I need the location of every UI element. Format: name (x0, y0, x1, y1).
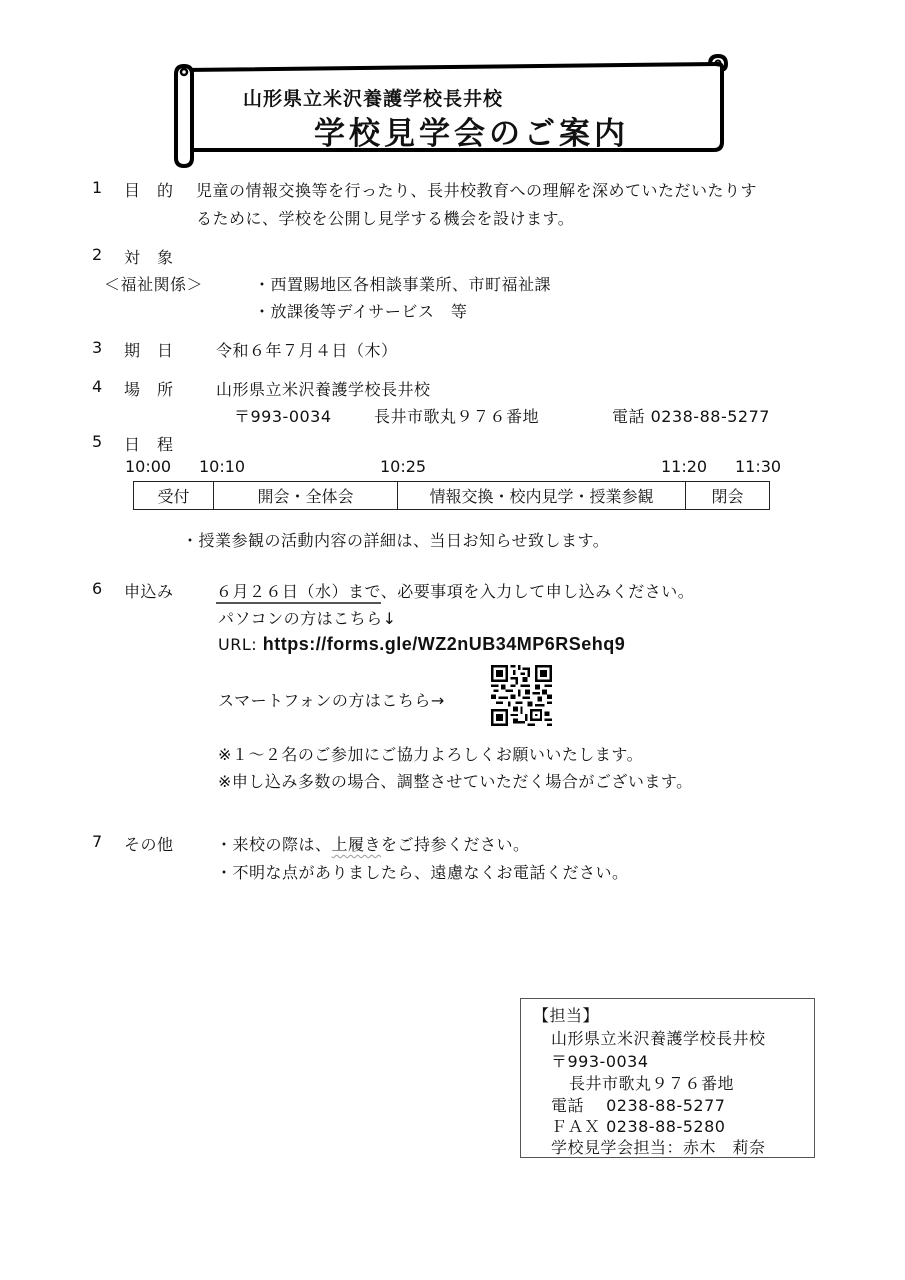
section-number-1: 1 (92, 178, 103, 197)
schedule-block-opening: 開会・全体会 (214, 482, 398, 509)
place-label: 場 所 (124, 377, 174, 400)
section-number-3: 3 (92, 338, 103, 357)
contact-school: 山形県立米沢養護学校長井校 (551, 1026, 766, 1049)
schedule-time: 11:30 (735, 457, 781, 476)
smartphone-label: スマートフォンの方はこちら→ (218, 688, 445, 711)
purpose-label: 目 的 (124, 178, 174, 201)
schedule-time: 10:25 (380, 457, 426, 476)
pc-label: パソコンの方はこちら↓ (218, 606, 397, 629)
form-url-link[interactable]: https://forms.gle/WZ2nUB34MP6RSehq9 (263, 634, 626, 654)
school-name-heading: 山形県立米沢養護学校長井校 (243, 84, 503, 111)
contact-postal: 〒993-0034 (551, 1049, 649, 1072)
section-number-7: 7 (92, 832, 103, 851)
other-label: その他 (124, 832, 174, 855)
contact-heading: 【担当】 (533, 1003, 599, 1026)
section-number-5: 5 (92, 432, 103, 451)
section-number-4: 4 (92, 377, 103, 396)
place-phone: 電話 0238-88-5277 (612, 404, 770, 427)
target-item: ・西置賜地区各相談事業所、市町福祉課 (254, 272, 551, 295)
purpose-text-line2: るために、学校を公開し見学する機会を設けます。 (196, 206, 574, 229)
apply-deadline-rest: 、必要事項を入力して申し込みください。 (381, 582, 695, 601)
contact-box: 【担当】 山形県立米沢養護学校長井校 〒993-0034 長井市歌丸９７６番地 … (520, 998, 815, 1158)
target-category: ＜福祉関係＞ (104, 272, 203, 295)
schedule-time: 10:00 (125, 457, 171, 476)
schedule-times: 10:00 10:10 10:25 11:20 11:30 (125, 457, 795, 479)
other-item-2: ・不明な点がありましたら、遠慮なくお電話ください。 (216, 860, 629, 883)
contact-address: 長井市歌丸９７６番地 (569, 1071, 734, 1094)
contact-phone: 電話 0238-88-5277 (551, 1093, 725, 1116)
schedule-label: 日 程 (124, 432, 174, 455)
page-title: 学校見学会のご案内 (314, 108, 629, 153)
schedule-time: 11:20 (661, 457, 707, 476)
other-item-1: ・来校の際は、上履きをご持参ください。 (216, 832, 530, 855)
place-address: 長井市歌丸９７６番地 (374, 404, 539, 427)
section-number-6: 6 (92, 579, 103, 598)
other-item-1-pre: ・来校の際は、 (216, 835, 332, 854)
qr-code-icon (491, 665, 552, 726)
apply-label: 申込み (124, 579, 174, 602)
event-date: 令和６年７月４日（木） (216, 338, 398, 361)
apply-note: ※申し込み多数の場合、調整させていただく場合がございます。 (218, 769, 693, 792)
date-label: 期 日 (124, 338, 174, 361)
target-label: 対 象 (124, 245, 174, 268)
schedule-table: 受付 開会・全体会 情報交換・校内見学・授業参観 閉会 (133, 481, 770, 510)
other-item-1-post: をご持参ください。 (381, 835, 530, 854)
contact-fax: ＦＡＸ 0238-88-5280 (551, 1114, 725, 1137)
schedule-block-closing: 閉会 (686, 482, 769, 509)
schedule-block-reception: 受付 (134, 482, 214, 509)
purpose-text-line1: 児童の情報交換等を行ったり、長井校教育への理解を深めていただいたりす (196, 178, 757, 201)
schedule-time: 10:10 (199, 457, 245, 476)
indoor-shoes-emphasis: 上履き (332, 835, 382, 854)
apply-note: ※１～２名のご参加にご協力よろしくお願いいたします。 (218, 742, 643, 765)
schedule-note: ・授業参観の活動内容の詳細は、当日お知らせ致します。 (182, 528, 609, 551)
apply-deadline: ６月２６日（水）まで (216, 582, 381, 604)
section-number-2: 2 (92, 245, 103, 264)
url-prefix: URL: (218, 635, 263, 654)
place-name: 山形県立米沢養護学校長井校 (216, 377, 431, 400)
apply-deadline-line: ６月２６日（水）まで、必要事項を入力して申し込みください。 (216, 579, 694, 602)
schedule-block-exchange: 情報交換・校内見学・授業参観 (398, 482, 686, 509)
url-line: URL: https://forms.gle/WZ2nUB34MP6RSehq9 (218, 634, 625, 655)
qr-code[interactable] (491, 665, 552, 726)
place-postal: 〒993-0034 (234, 404, 332, 427)
target-item: ・放課後等デイサービス 等 (254, 299, 467, 322)
contact-person: 学校見学会担当：赤木 莉奈 (551, 1135, 766, 1158)
